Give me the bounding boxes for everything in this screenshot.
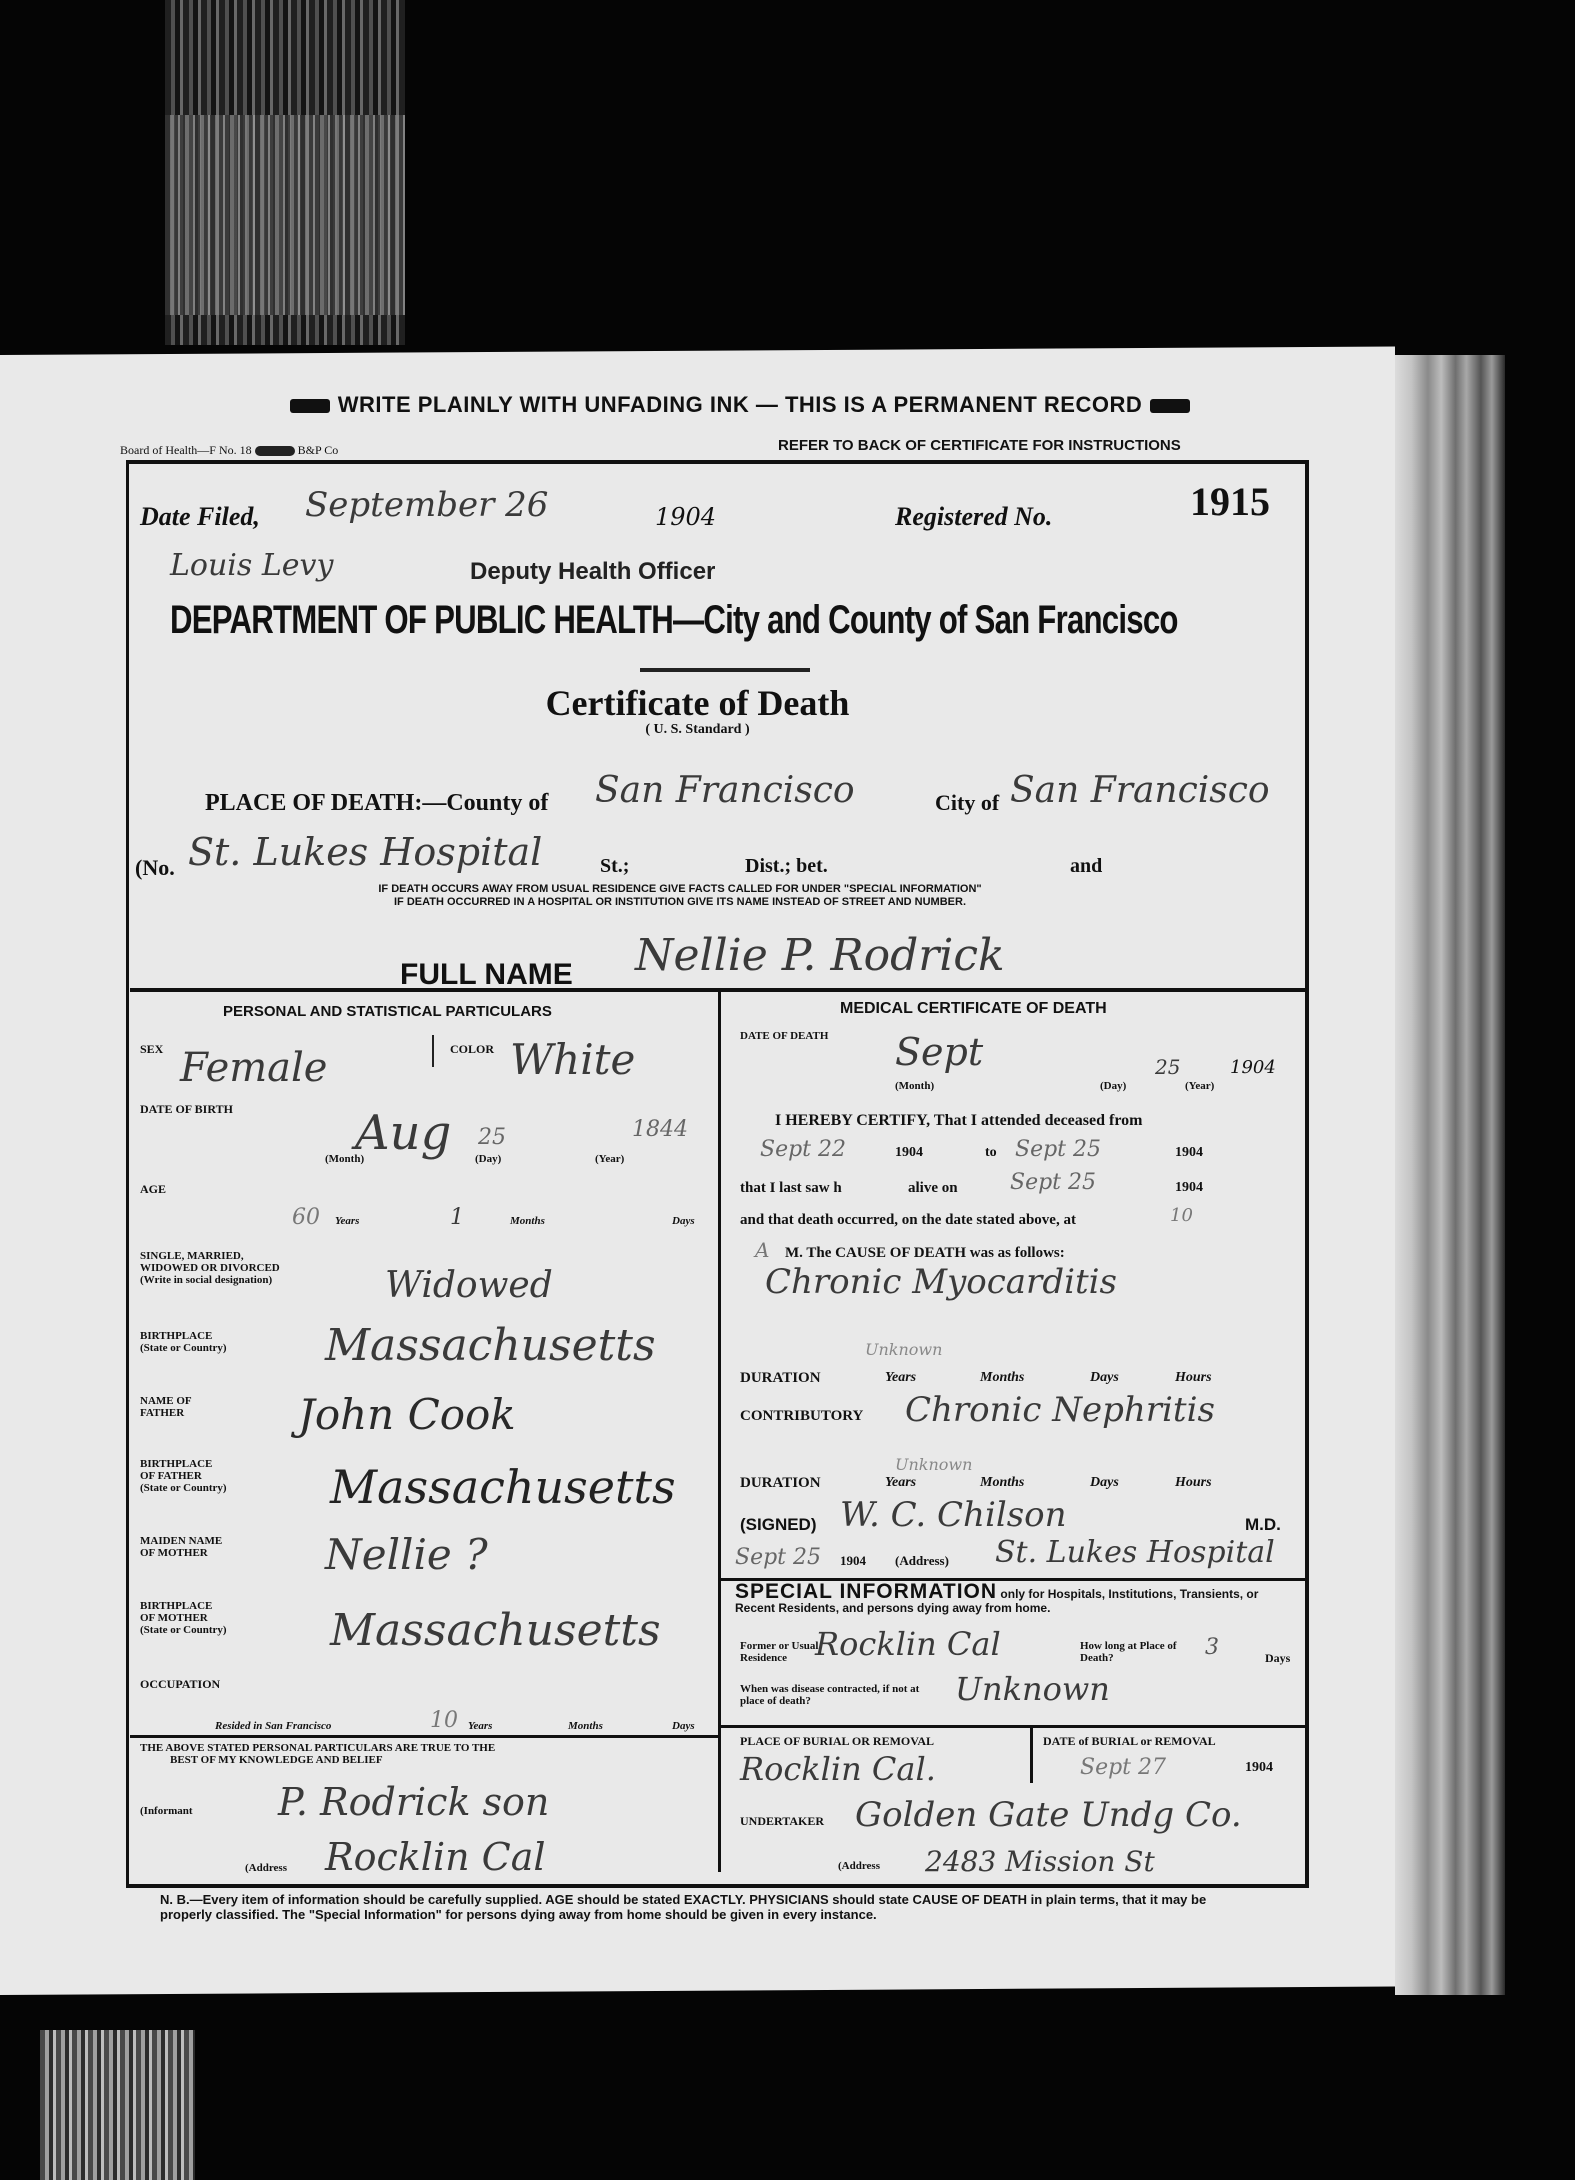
- occurred-text: and that death occurred, on the date sta…: [740, 1212, 1076, 1229]
- contributory-value: Chronic Nephritis: [905, 1390, 1215, 1430]
- background-ghost-bottom: [40, 2030, 195, 2180]
- ledger-page-edge: [1395, 355, 1505, 1995]
- title-divider: [640, 668, 810, 672]
- meridiem-value: A: [755, 1238, 769, 1262]
- dod-year: 1904: [1230, 1057, 1276, 1078]
- attended-from: Sept 22: [760, 1137, 846, 1162]
- medical-heading: MEDICAL CERTIFICATE OF DEATH: [840, 1000, 1107, 1018]
- last-saw-text: that I last saw h: [740, 1180, 842, 1197]
- duration-2-months: Months: [980, 1475, 1024, 1491]
- duration-1-years: Years: [885, 1370, 916, 1386]
- last-saw-year: 1904: [1175, 1180, 1203, 1196]
- signed-date: Sept 25: [735, 1545, 821, 1570]
- burial-date-label: DATE of BURIAL or REMOVAL: [1043, 1735, 1216, 1747]
- undertaker-address-label: (Address: [838, 1860, 880, 1872]
- certify-text: I HEREBY CERTIFY, That I attended deceas…: [775, 1112, 1142, 1130]
- birthplace-label: BIRTHPLACE(State or Country): [140, 1330, 227, 1354]
- father-value: John Cook: [298, 1390, 516, 1439]
- informant-value: P. Rodrick son: [278, 1780, 549, 1824]
- duration-2-hours: Hours: [1175, 1475, 1212, 1491]
- column-divider: [718, 992, 721, 1872]
- months-caption: Months: [510, 1215, 545, 1227]
- form-number: Board of Health—F No. 18 B&P Co: [120, 443, 338, 458]
- contracted-label: When was disease contracted, if not at p…: [740, 1683, 940, 1707]
- attended-to: Sept 25: [1015, 1137, 1101, 1162]
- undertaker-value: Golden Gate Undg Co.: [855, 1795, 1242, 1835]
- mother-label: MAIDEN NAMEOF MOTHER: [140, 1535, 222, 1559]
- dod-day-caption: (Day): [1100, 1080, 1126, 1092]
- residence-label: Former or Usual Residence: [740, 1640, 825, 1664]
- duration-1-label: DURATION: [740, 1370, 821, 1387]
- duration-2-years: Years: [885, 1475, 916, 1491]
- how-long-value: 3: [1205, 1635, 1219, 1660]
- date-filed-year: 1904: [655, 503, 716, 531]
- certificate-standard: ( U. S. Standard ): [0, 722, 1395, 738]
- dod-year-caption: (Year): [1185, 1080, 1214, 1092]
- duration-1-months: Months: [980, 1370, 1024, 1386]
- registered-label: Registered No.: [895, 502, 1052, 532]
- sex-label: SEX: [140, 1043, 163, 1055]
- month-caption: (Month): [325, 1153, 364, 1165]
- mother-value: Nellie ?: [325, 1530, 488, 1579]
- place-instructions: IF DEATH OCCURS AWAY FROM USUAL RESIDENC…: [205, 883, 1155, 909]
- pointing-hand-icon: [290, 399, 330, 413]
- dod-label: DATE OF DEATH: [740, 1030, 828, 1042]
- ink-banner: WRITE PLAINLY WITH UNFADING INK — THIS I…: [180, 392, 1300, 418]
- refer-note: REFER TO BACK OF CERTIFICATE FOR INSTRUC…: [778, 437, 1181, 454]
- dob-label: DATE OF BIRTH: [140, 1103, 233, 1115]
- full-name-label: FULL NAME: [400, 958, 573, 992]
- burial-place-value: Rocklin Cal.: [740, 1750, 936, 1788]
- banner-text: WRITE PLAINLY WITH UNFADING INK — THIS I…: [338, 392, 1143, 417]
- mother-birthplace-value: Massachusetts: [330, 1605, 661, 1656]
- duration-1-value: Unknown: [865, 1340, 942, 1359]
- physician-address: St. Lukes Hospital: [995, 1535, 1275, 1570]
- last-saw-date: Sept 25: [1010, 1170, 1096, 1195]
- attended-to-year: 1904: [1175, 1145, 1203, 1161]
- and-label: and: [1070, 855, 1102, 878]
- sex-color-divider: [432, 1035, 434, 1067]
- undertaker-address-value: 2483 Mission St: [925, 1845, 1155, 1878]
- dod-day: 25: [1155, 1055, 1180, 1079]
- time-value: 10: [1170, 1205, 1193, 1226]
- attest-divider: [130, 1735, 718, 1738]
- resided-months-caption: Months: [568, 1720, 603, 1732]
- special-heading: SPECIAL INFORMATION only for Hospitals, …: [735, 1585, 1300, 1615]
- full-name-value: Nellie P. Rodrick: [635, 930, 1285, 981]
- resided-years: 10: [430, 1708, 458, 1733]
- attestation-text: THE ABOVE STATED PERSONAL PARTICULARS AR…: [140, 1742, 495, 1766]
- date-filed-value: September 26: [305, 485, 660, 525]
- duration-2-value: Unknown: [895, 1455, 972, 1474]
- father-label: NAME OFFATHER: [140, 1395, 192, 1419]
- signed-label: (SIGNED): [740, 1515, 817, 1535]
- registered-number: 1915: [1190, 478, 1270, 525]
- officer-signature: Louis Levy: [170, 548, 333, 583]
- signed-year: 1904: [840, 1553, 866, 1569]
- attended-from-year: 1904: [895, 1145, 923, 1161]
- footer-note: N. B.—Every item of information should b…: [160, 1892, 1220, 1922]
- informant-address-value: Rocklin Cal: [325, 1835, 546, 1879]
- dob-month: Aug: [355, 1105, 451, 1161]
- officer-title: Deputy Health Officer: [470, 558, 715, 586]
- father-birthplace-label: BIRTHPLACEOF FATHER(State or Country): [140, 1458, 227, 1494]
- residence-value: Rocklin Cal: [815, 1625, 1001, 1663]
- dob-day: 25: [478, 1125, 506, 1150]
- duration-1-days: Days: [1090, 1370, 1119, 1386]
- duration-2-days: Days: [1090, 1475, 1119, 1491]
- duration-1-hours: Hours: [1175, 1370, 1212, 1386]
- pointing-hand-icon: [1150, 399, 1190, 413]
- burial-year: 1904: [1245, 1760, 1273, 1776]
- alive-on-label: alive on: [908, 1180, 958, 1197]
- street-label: St.;: [600, 855, 629, 878]
- background-ghost-top: [165, 0, 405, 345]
- how-long-label: How long at Place of Death?: [1080, 1640, 1190, 1664]
- resided-years-caption: Years: [468, 1720, 492, 1732]
- physician-address-label: (Address): [895, 1553, 949, 1569]
- informant-label: (Informant: [140, 1805, 193, 1817]
- city-value: San Francisco: [1010, 770, 1270, 811]
- days-caption: Days: [672, 1215, 695, 1227]
- age-years: 60: [292, 1205, 320, 1230]
- burial-place-label: PLACE OF BURIAL OR REMOVAL: [740, 1735, 934, 1747]
- duration-2-label: DURATION: [740, 1475, 821, 1492]
- year-caption: (Year): [595, 1153, 624, 1165]
- burial-divider: [721, 1725, 1308, 1728]
- no-label: (No.: [135, 855, 175, 881]
- burial-date-value: Sept 27: [1080, 1755, 1166, 1780]
- color-value: White: [510, 1035, 635, 1084]
- district-label: Dist.; bet.: [745, 855, 828, 878]
- to-label: to: [985, 1145, 997, 1161]
- dod-month: Sept: [895, 1030, 983, 1074]
- contributory-label: CONTRIBUTORY: [740, 1408, 863, 1425]
- days-label: Days: [1265, 1652, 1290, 1664]
- resided-label: Resided in San Francisco: [215, 1720, 331, 1732]
- dob-year: 1844: [632, 1117, 688, 1142]
- md-label: M.D.: [1245, 1515, 1281, 1535]
- marital-value: Widowed: [385, 1265, 553, 1306]
- sex-value: Female: [180, 1045, 327, 1091]
- city-label: City of: [935, 790, 999, 816]
- dod-month-caption: (Month): [895, 1080, 934, 1092]
- location-value: St. Lukes Hospital: [188, 830, 542, 874]
- resided-days-caption: Days: [672, 1720, 695, 1732]
- cause-text: M. The CAUSE OF DEATH was as follows:: [785, 1245, 1065, 1262]
- age-months: 1: [450, 1205, 464, 1230]
- department-title: DEPARTMENT OF PUBLIC HEALTH—City and Cou…: [170, 598, 1178, 643]
- place-of-death-label: PLACE OF DEATH:—County of: [205, 790, 548, 817]
- occupation-label: OCCUPATION: [140, 1678, 220, 1690]
- day-caption: (Day): [475, 1153, 501, 1165]
- contracted-value: Unknown: [955, 1670, 1110, 1708]
- undertaker-label: UNDERTAKER: [740, 1815, 824, 1827]
- father-birthplace-value: Massachusetts: [330, 1460, 676, 1514]
- color-label: COLOR: [450, 1043, 494, 1055]
- burial-column-divider: [1030, 1728, 1033, 1783]
- cause-value: Chronic Myocarditis: [765, 1262, 1117, 1302]
- personal-heading: PERSONAL AND STATISTICAL PARTICULARS: [223, 1003, 552, 1020]
- mother-birthplace-label: BIRTHPLACEOF MOTHER(State or Country): [140, 1600, 227, 1636]
- birthplace-value: Massachusetts: [325, 1320, 656, 1371]
- physician-signature: W. C. Chilson: [840, 1495, 1067, 1535]
- age-label: AGE: [140, 1183, 166, 1195]
- informant-address-label: (Address: [245, 1862, 287, 1874]
- marital-label: SINGLE, MARRIED,WIDOWED OR DIVORCED(Writ…: [140, 1250, 280, 1286]
- years-caption: Years: [335, 1215, 359, 1227]
- date-filed-label: Date Filed,: [140, 502, 260, 532]
- certificate-title: Certificate of Death: [0, 682, 1395, 724]
- county-value: San Francisco: [595, 770, 855, 811]
